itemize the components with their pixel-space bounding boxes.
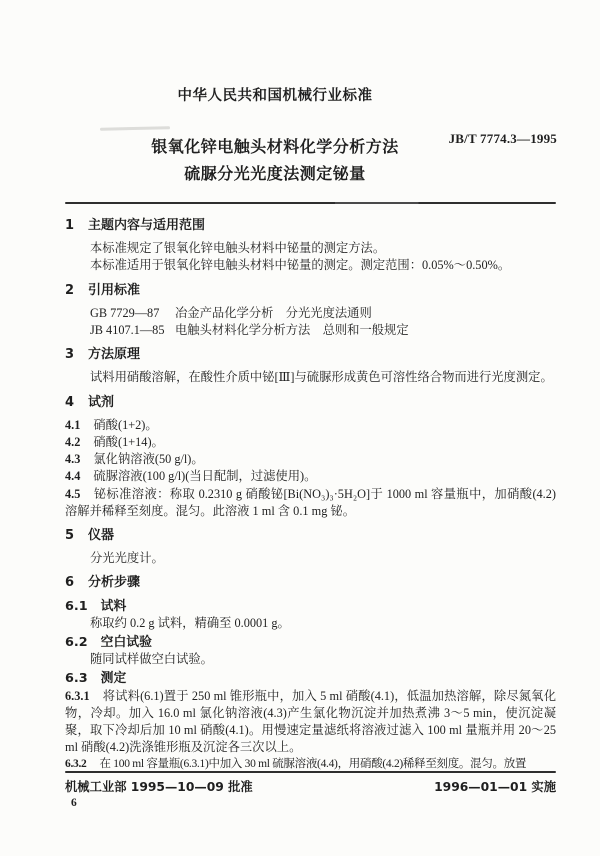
subsection-heading-6-3: 6.3测定 xyxy=(65,670,556,687)
clause-number: 4.2 xyxy=(65,435,80,449)
section-title: 试剂 xyxy=(88,395,114,410)
implementation-note: 1996—01—01 实施 xyxy=(434,779,556,795)
reference-item: GB 7729—87冶金产品化学分析 分光光度法通则 xyxy=(65,305,556,322)
section-number: 3 xyxy=(65,347,74,362)
reagent-item: 4.2硝酸(1+14)。 xyxy=(65,434,556,451)
clause-title: 空白试验 xyxy=(101,635,152,650)
section-heading-4: 4试剂 xyxy=(65,394,556,411)
clause-number: 6.1 xyxy=(65,599,88,614)
clause-number: 4.3 xyxy=(65,452,80,466)
reagent-item: 4.4硫脲溶液(100 g/l)(当日配制，过滤使用)。 xyxy=(65,468,556,485)
subsection-heading-6-2: 6.2空白试验 xyxy=(65,634,556,651)
clause-number: 6.3.2 xyxy=(65,758,87,770)
page-number: 6 xyxy=(71,797,77,809)
paragraph: 随同试样做空白试验。 xyxy=(65,651,556,668)
document-body: 1主题内容与适用范围 本标准规定了银氧化锌电触头材料中铋量的测定方法。 本标准适… xyxy=(65,217,556,774)
section-number: 4 xyxy=(65,395,74,410)
paragraph: 试料用硝酸溶解，在酸性介质中铋[Ⅲ]与硫脲形成黄色可溶性络合物而进行光度测定。 xyxy=(65,369,556,386)
clause-text: 在 100 ml 容量瓶(6.3.1)中加入 30 ml 硫脲溶液(4.4)，用… xyxy=(100,758,527,770)
section-heading-6: 6分析步骤 xyxy=(65,574,556,591)
paragraph: 称取约 0.2 g 试料，精确至 0.0001 g。 xyxy=(65,615,556,632)
section-heading-3: 3方法原理 xyxy=(65,346,556,363)
section-title: 分析步骤 xyxy=(88,575,140,590)
section-number: 1 xyxy=(65,218,74,233)
reference-code: JB 4107.1—85 xyxy=(90,322,175,339)
reagent-item: 4.3氯化钠溶液(50 g/l)。 xyxy=(65,451,556,468)
clause-title: 试料 xyxy=(101,599,127,614)
section-heading-1: 1主题内容与适用范围 xyxy=(65,217,556,234)
section-number: 5 xyxy=(65,528,74,543)
paragraph: 本标准规定了银氧化锌电触头材料中铋量的测定方法。 xyxy=(65,240,556,257)
reference-name: 冶金产品化学分析 分光光度法通则 xyxy=(175,306,372,320)
section-number: 2 xyxy=(65,283,74,298)
section-title: 方法原理 xyxy=(88,347,140,362)
reagent-item: 4.1硝酸(1+2)。 xyxy=(65,417,556,434)
procedure-step: 6.3.1将试料(6.1)置于 250 ml 锥形瓶中，加入 5 ml 硝酸(4… xyxy=(65,688,556,757)
reference-name: 电触头材料化学分析方法 总则和一般规定 xyxy=(175,323,409,337)
approval-note: 机械工业部 1995—10—09 批准 xyxy=(65,779,253,795)
clause-number: 4.5 xyxy=(65,487,80,501)
clause-number: 6.3 xyxy=(65,671,88,686)
paragraph: 分光光度计。 xyxy=(65,550,556,567)
clause-text: 氯化钠溶液(50 g/l)。 xyxy=(93,452,203,466)
document-page: 中华人民共和国机械行业标准 银氧化锌电触头材料化学分析方法 硫脲分光光度法测定铋… xyxy=(0,0,600,856)
section-title: 仪器 xyxy=(88,528,114,543)
clause-title: 测定 xyxy=(101,671,127,686)
clause-text: 硫脲溶液(100 g/l)(当日配制，过滤使用)。 xyxy=(93,469,316,483)
section-number: 6 xyxy=(65,575,74,590)
clause-number: 4.4 xyxy=(65,469,80,483)
reference-code: GB 7729—87 xyxy=(90,305,175,322)
clause-text: 铋标准溶液：称取 0.2310 g 硝酸铋[Bi(NO₃)₃·5H₂O]于 10… xyxy=(65,487,556,518)
paragraph: 本标准适用于银氧化锌电触头材料中铋量的测定。测定范围：0.05%～0.50%。 xyxy=(65,257,556,274)
footer: 机械工业部 1995—10—09 批准 1996—01—01 实施 xyxy=(65,779,556,795)
subsection-heading-6-1: 6.1试料 xyxy=(65,598,556,615)
clause-text: 硝酸(1+2)。 xyxy=(93,418,157,432)
clause-text: 将试料(6.1)置于 250 ml 锥形瓶中，加入 5 ml 硝酸(4.1)，低… xyxy=(65,689,556,755)
clause-number: 6.3.1 xyxy=(65,689,90,703)
org-title: 中华人民共和国机械行业标准 xyxy=(0,86,550,106)
section-heading-5: 5仪器 xyxy=(65,527,556,544)
reagent-item: 4.5铋标准溶液：称取 0.2310 g 硝酸铋[Bi(NO₃)₃·5H₂O]于… xyxy=(65,486,556,520)
section-heading-2: 2引用标准 xyxy=(65,282,556,299)
header-divider xyxy=(65,202,556,204)
clause-number: 6.2 xyxy=(65,635,88,650)
clause-number: 4.1 xyxy=(65,418,80,432)
standard-number: JB/T 7774.3—1995 xyxy=(449,131,557,147)
footer-divider xyxy=(65,771,556,773)
section-title: 主题内容与适用范围 xyxy=(88,218,205,233)
document-title-line2: 硫脲分光光度法测定铋量 xyxy=(0,160,550,187)
reference-item: JB 4107.1—85电触头材料化学分析方法 总则和一般规定 xyxy=(65,322,556,339)
section-title: 引用标准 xyxy=(88,283,140,298)
clause-text: 硝酸(1+14)。 xyxy=(93,435,163,449)
